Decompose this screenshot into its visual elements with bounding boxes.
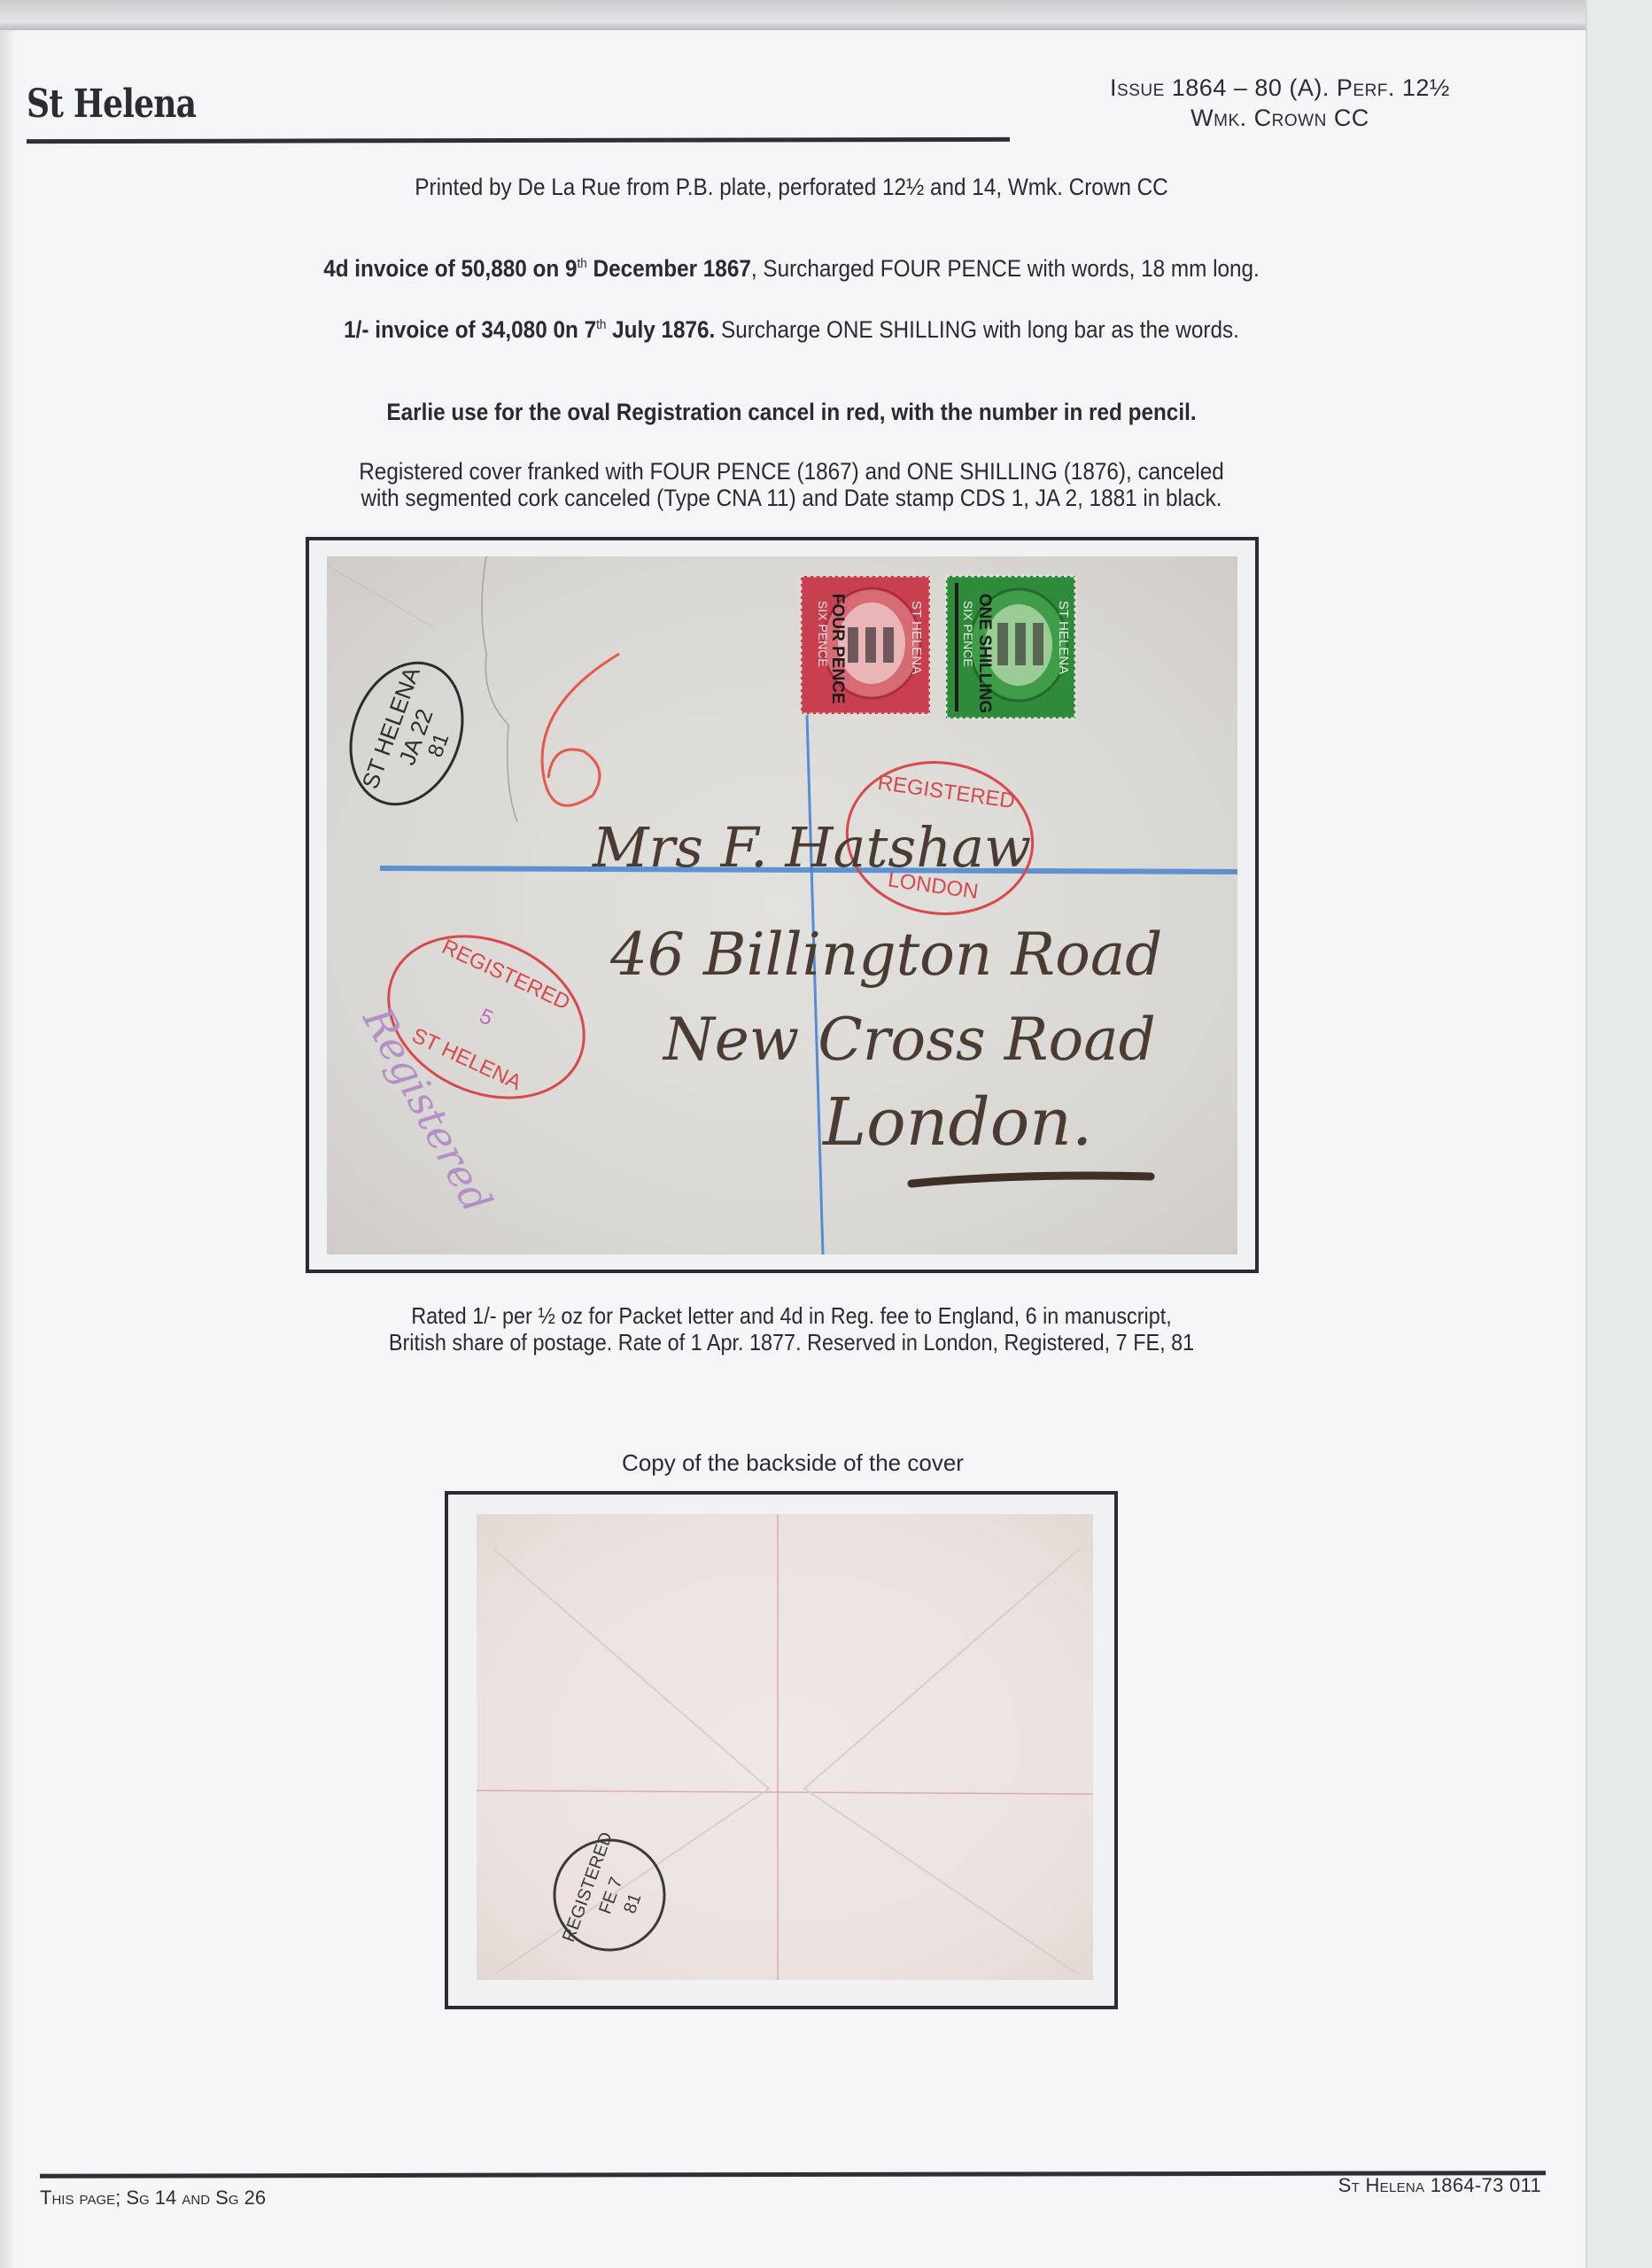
svg-text:46 Billington Road: 46 Billington Road [609, 920, 1162, 989]
page-title: St Helena [27, 82, 196, 127]
highlight-text: Earlie use for the oval Registration can… [78, 399, 1505, 426]
back-cover-caption: Copy of the backside of the cover [0, 1449, 1586, 1477]
svg-text:SIX PENCE: SIX PENCE [816, 601, 830, 667]
footer-page-ref: St Helena 1864-73 011 [1231, 2174, 1541, 2197]
svg-text:SIX PENCE: SIX PENCE [961, 601, 975, 667]
issue-heading: Issue 1864 – 80 (A). Perf. 12½ Wmk. Crow… [1028, 73, 1532, 133]
svg-text:FOUR PENCE: FOUR PENCE [828, 594, 847, 704]
four-pence-bold-b: December 1867 [587, 255, 751, 282]
svg-text:ONE SHILLING: ONE SHILLING [975, 594, 994, 713]
printed-by-text: Printed by De La Rue from P.B. plate, pe… [78, 174, 1505, 201]
scanner-right-edge [1586, 0, 1652, 2268]
back-cover-envelope: REGISTERED FE 7 81 [477, 1514, 1093, 1980]
svg-text:REGISTERED: REGISTERED [876, 771, 1016, 813]
cover-markings: ST HELENA JA 22 81 REGISTERED LONDON REG… [327, 556, 1237, 1254]
footer-catalogue-ref: This page; Sg 14 and Sg 26 [40, 2186, 266, 2210]
back-cover-frame: REGISTERED FE 7 81 [445, 1491, 1118, 2009]
back-cover-markings: REGISTERED FE 7 81 [477, 1514, 1093, 1980]
stamp-one-shilling: ST HELENA SIX PENCE ONE SHILLING [944, 574, 1077, 720]
one-shilling-bold-a: 1/- invoice of 34,080 0n 7 [344, 316, 596, 343]
scanner-top-edge [0, 0, 1594, 30]
description-line-2: with segmented cork canceled (Type CNA 1… [78, 485, 1505, 512]
address-block: Mrs F. Hatshaw 46 Billington Road New Cr… [592, 815, 1162, 1161]
stamp-four-pence: ST HELENA SIX PENCE FOUR PENCE [799, 574, 932, 716]
four-pence-rest: , Surcharged FOUR PENCE with words, 18 m… [751, 255, 1260, 282]
four-pence-invoice: 4d invoice of 50,880 on 9th December 186… [78, 255, 1505, 283]
front-caption-line-2: British share of postage. Rate of 1 Apr.… [78, 1329, 1505, 1356]
front-cover-envelope: ST HELENA JA 22 81 REGISTERED LONDON REG… [327, 556, 1237, 1254]
issue-line-1: Issue 1864 – 80 (A). Perf. 12½ [1028, 73, 1532, 103]
svg-text:81: 81 [620, 1891, 645, 1915]
one-shilling-sup: th [596, 317, 606, 332]
svg-text:New Cross Road: New Cross Road [662, 1006, 1156, 1074]
front-caption-line-1: Rated 1/- per ½ oz for Packet letter and… [78, 1302, 1505, 1330]
four-pence-bold-a: 4d invoice of 50,880 on 9 [323, 255, 577, 282]
one-shilling-invoice: 1/- invoice of 34,080 0n 7th July 1876. … [78, 316, 1505, 344]
svg-text:London.: London. [821, 1084, 1092, 1161]
cds-st-helena: ST HELENA JA 22 81 [332, 647, 482, 819]
svg-text:ST HELENA: ST HELENA [1056, 601, 1071, 674]
page-left-shadow [0, 30, 16, 2268]
svg-text:ST HELENA: ST HELENA [909, 601, 924, 674]
one-shilling-rest: Surcharge ONE SHILLING with long bar as … [715, 316, 1239, 343]
one-shilling-bold-b: July 1876. [606, 316, 715, 343]
front-cover-frame: ST HELENA JA 22 81 REGISTERED LONDON REG… [306, 537, 1259, 1273]
svg-text:REGISTERED: REGISTERED [438, 935, 574, 1014]
backstamp-registered: REGISTERED FE 7 81 [539, 1822, 681, 1969]
svg-text:5: 5 [476, 1004, 497, 1030]
description-line-1: Registered cover franked with FOUR PENCE… [78, 458, 1505, 485]
four-pence-sup: th [578, 256, 587, 271]
issue-line-2: Wmk. Crown CC [1028, 103, 1532, 133]
svg-text:Mrs F. Hatshaw: Mrs F. Hatshaw [592, 815, 1031, 880]
